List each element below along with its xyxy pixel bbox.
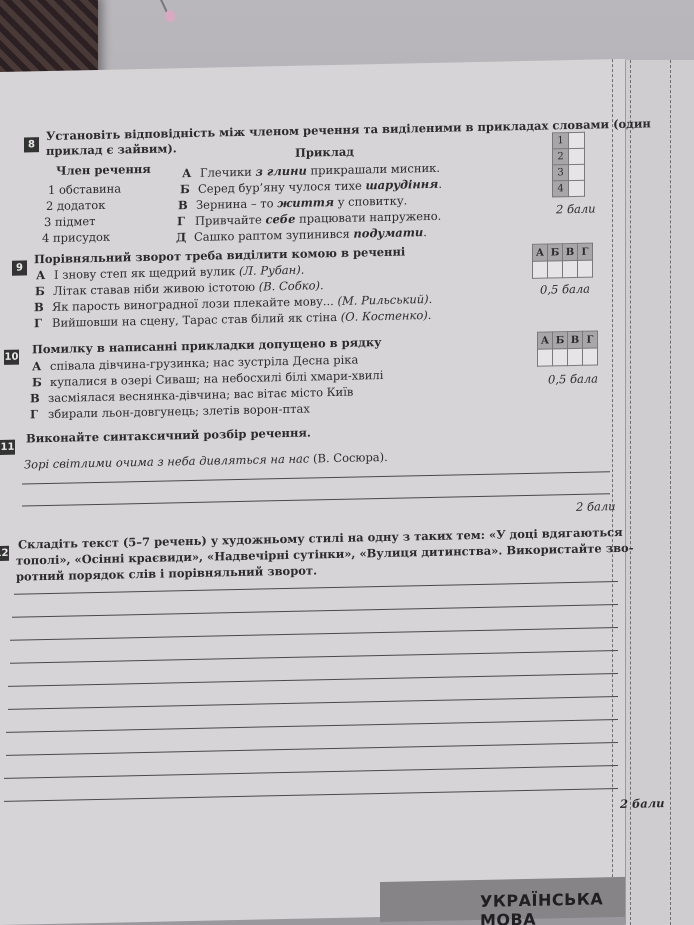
answer-header: В xyxy=(563,243,578,260)
answer-line[interactable] xyxy=(12,604,618,618)
task-8-example-header: Приклад xyxy=(295,145,354,160)
answer-cell-a[interactable] xyxy=(533,261,548,278)
option-letter: В xyxy=(34,300,52,314)
option-letter: Б xyxy=(32,375,50,389)
option-letter: А xyxy=(36,268,54,282)
option-author: (Л. Рубан) xyxy=(239,263,301,278)
answer-header: В xyxy=(568,331,583,348)
answer-row-label: 1 xyxy=(553,133,569,149)
answer-line[interactable] xyxy=(6,719,618,733)
option-end: . xyxy=(429,292,433,306)
task-8-number: 8 xyxy=(24,137,39,152)
option-letter: В xyxy=(30,391,48,405)
answer-header: А xyxy=(538,332,553,349)
example-text: прикрашали мисник. xyxy=(307,161,440,178)
task-8-answer-grid: 1 2 3 4 xyxy=(552,132,585,198)
answer-cell-2[interactable] xyxy=(569,148,585,164)
answer-cell-b[interactable] xyxy=(553,349,568,366)
task-12-score: 2 бали xyxy=(620,796,665,811)
option-author: (В. Собко) xyxy=(259,278,320,293)
example-text: Серед бур’яну чулося тихе xyxy=(198,178,365,196)
answer-cell-v[interactable] xyxy=(563,260,578,277)
answer-header: Г xyxy=(578,243,593,260)
example-text: . xyxy=(423,225,427,239)
option-author: (О. Костенко) xyxy=(341,308,428,324)
answer-line[interactable] xyxy=(6,742,618,756)
member-item: 2 додаток xyxy=(46,198,105,213)
example-text: Зернина – то xyxy=(196,196,277,212)
task-10-score: 0,5 бала xyxy=(548,371,598,386)
answer-line[interactable] xyxy=(14,581,618,595)
example-text: Привчайте xyxy=(195,212,265,227)
answer-cell-3[interactable] xyxy=(569,164,585,180)
task-10-number: 10 xyxy=(4,350,19,365)
example-text: у сповитку. xyxy=(334,193,407,209)
highlighted-word: себе xyxy=(265,212,295,227)
answer-cell-a[interactable] xyxy=(538,349,553,366)
answer-header: Б xyxy=(548,244,563,261)
option-author: (М. Рильський) xyxy=(338,292,429,308)
answer-cell-g[interactable] xyxy=(578,260,593,277)
option-letter: Г xyxy=(34,316,52,330)
sentence-text: Зорі світлими очима з неба дивляться на … xyxy=(24,452,309,472)
cut-line-left xyxy=(630,60,631,925)
sentence-author: (В. Сосюра). xyxy=(309,450,387,466)
answer-row-label: 2 xyxy=(553,149,569,165)
task-9-answer-grid: А Б В Г xyxy=(532,243,593,279)
worksheet-content: 8 Установіть відповідність між членом ре… xyxy=(0,59,625,925)
answer-cell-b[interactable] xyxy=(548,261,563,278)
option-letter: Б xyxy=(35,284,53,298)
answer-cell-v[interactable] xyxy=(568,348,583,365)
task-9-number: 9 xyxy=(12,260,27,275)
pin-head xyxy=(165,10,175,22)
member-item: 1 обставина xyxy=(48,181,121,197)
option-letter: А xyxy=(32,359,50,373)
answer-line[interactable] xyxy=(22,471,610,484)
footer-band: УКРАЇНСЬКА МОВА xyxy=(380,877,625,922)
task-8-instruction-line2: приклад є зайвим). xyxy=(46,141,177,158)
option-end: . xyxy=(320,278,324,292)
task-12-number: 12 xyxy=(0,546,9,561)
answer-line[interactable] xyxy=(4,788,618,802)
member-item: 3 підмет xyxy=(44,214,96,229)
task-11-score: 2 бали xyxy=(576,499,616,514)
task-11-question: Виконайте синтаксичний розбір речення. xyxy=(26,425,311,445)
example-text: Глечики xyxy=(200,165,256,180)
answer-header: Г xyxy=(583,331,598,348)
option-letter: Д xyxy=(176,230,194,244)
option-text: збирали льон-довгунець; злетів ворон-пта… xyxy=(48,402,310,421)
option-end: . xyxy=(301,263,305,277)
member-item: 4 присудок xyxy=(42,230,110,245)
answer-row-label: 3 xyxy=(553,165,569,181)
option-letter: Г xyxy=(30,407,48,421)
answer-line[interactable] xyxy=(10,627,618,641)
task-8-score: 2 бали xyxy=(556,202,596,217)
worksheet-page: 8 Установіть відповідність між членом ре… xyxy=(0,59,625,925)
answer-header: А xyxy=(533,244,548,261)
answer-cell-4[interactable] xyxy=(569,180,585,196)
task-11-sentence: Зорі світлими очима з неба дивляться на … xyxy=(24,450,388,472)
answer-line[interactable] xyxy=(22,493,610,506)
option-text: Літак ставав ніби живою істотою xyxy=(53,280,259,298)
answer-line[interactable] xyxy=(8,696,618,710)
task-11-number: 11 xyxy=(0,440,15,455)
answer-line[interactable] xyxy=(8,673,618,687)
task-10-answer-grid: А Б В Г xyxy=(537,330,598,366)
option-letter: Г xyxy=(177,214,195,228)
footer-subject: УКРАЇНСЬКА МОВА xyxy=(480,889,625,925)
option-text: І знову степ як щедрий вулик xyxy=(54,264,239,282)
highlighted-word: з глини xyxy=(256,164,307,179)
answer-line[interactable] xyxy=(10,650,618,664)
answer-header: Б xyxy=(553,332,568,349)
option-letter: В xyxy=(178,198,196,212)
option-end: . xyxy=(428,308,432,322)
answer-cell-1[interactable] xyxy=(569,132,585,148)
highlighted-word: життя xyxy=(277,195,334,210)
answer-cell-g[interactable] xyxy=(583,348,598,365)
task-9-question: Порівняльний зворот треба виділити комою… xyxy=(34,245,405,267)
example-item: ДСашко раптом зупинився подумати. xyxy=(176,225,427,244)
example-text: . xyxy=(438,177,442,191)
highlighted-word: подумати xyxy=(353,225,423,240)
answer-line[interactable] xyxy=(4,765,618,779)
task-8-member-header: Член речення xyxy=(56,162,151,178)
answer-row-label: 4 xyxy=(553,181,569,197)
option-letter: А xyxy=(182,166,200,180)
cut-line-right xyxy=(670,60,671,925)
example-text: працювати напружено. xyxy=(295,209,441,226)
highlighted-word: шарудіння xyxy=(365,177,438,193)
option-letter: Б xyxy=(180,182,198,196)
example-text: Сашко раптом зупинився xyxy=(194,227,353,244)
task-9-score: 0,5 бала xyxy=(540,282,590,297)
